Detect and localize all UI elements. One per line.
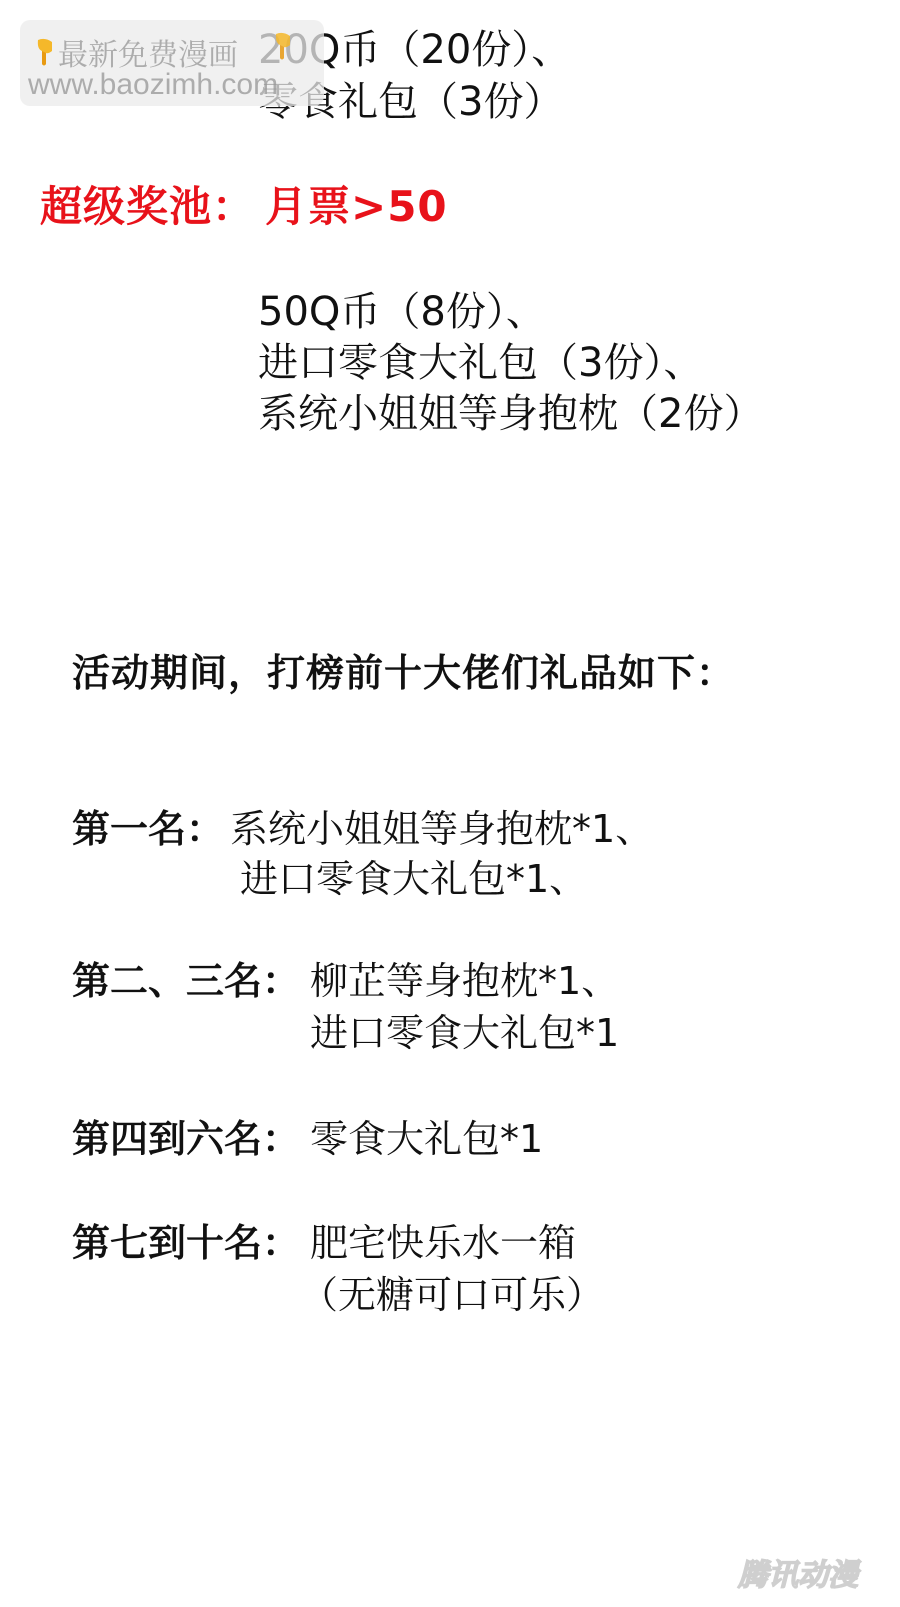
rank-label: 第七到十名：	[72, 1221, 300, 1265]
super-pool-prize: 进口零食大礼包（3份）、	[258, 343, 703, 383]
rank-entry-7-10: 第七到十名：肥宅快乐水一箱	[72, 1224, 576, 1262]
rank-entry-2-3: 第二、三名：柳芷等身抱枕*1、	[72, 962, 619, 1000]
super-pool-prize: 50Q币（8份）、	[258, 292, 546, 332]
rank-prize: 肥宅快乐水一箱	[310, 1221, 576, 1265]
pointing-down-hand-icon	[34, 37, 56, 67]
rank-label: 第二、三名：	[72, 959, 300, 1003]
rank-prize: 柳芷等身抱枕*1、	[310, 959, 619, 1003]
super-pool-title: 超级奖池：	[40, 182, 255, 231]
watermark-url[interactable]: www.baozimh.com	[28, 68, 278, 102]
rank-label: 第一名：	[72, 807, 224, 851]
super-pool-condition: 月票>50	[265, 182, 448, 231]
rank-prize: 进口零食大礼包*1	[310, 1014, 619, 1052]
super-pool-heading: 超级奖池：月票>50	[40, 186, 448, 228]
pointing-down-hand-icon	[272, 30, 294, 60]
rank-label: 第四到六名：	[72, 1117, 300, 1161]
rank-prize: 零食大礼包*1	[310, 1117, 543, 1161]
rank-prize: （无糖可口可乐）	[300, 1276, 604, 1314]
ranking-intro: 活动期间，打榜前十大佬们礼品如下：	[72, 654, 735, 692]
tencent-comic-logo: 腾讯动漫	[738, 1550, 858, 1594]
rank-prize: 系统小姐姐等身抱枕*1、	[230, 807, 653, 851]
rank-prize: 进口零食大礼包*1、	[240, 860, 587, 898]
rank-entry-1: 第一名：系统小姐姐等身抱枕*1、	[72, 810, 653, 848]
super-pool-prize: 系统小姐姐等身抱枕（2份）	[258, 394, 763, 434]
rank-entry-4-6: 第四到六名：零食大礼包*1	[72, 1120, 543, 1158]
